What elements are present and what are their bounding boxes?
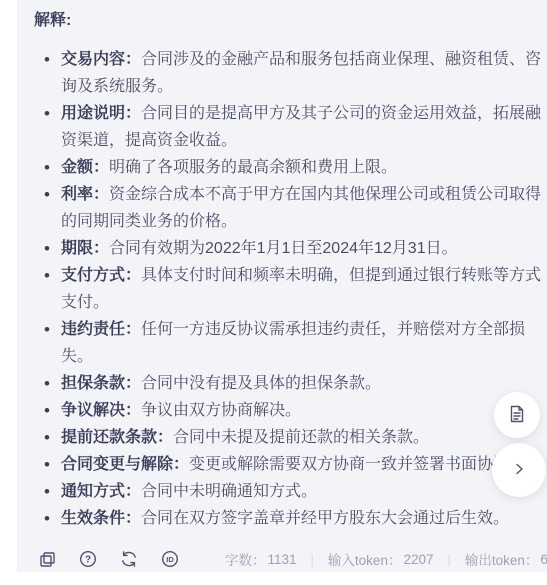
item-label: 期限： bbox=[61, 240, 109, 257]
id-button[interactable]: ID bbox=[160, 549, 180, 569]
id-icon: ID bbox=[160, 549, 180, 569]
item-label: 通知方式： bbox=[61, 483, 141, 500]
list-item: 交易内容：合同涉及的金融产品和服务包括商业保理、融资租赁、咨询及系统服务。 bbox=[61, 46, 542, 100]
item-label: 生效条件： bbox=[61, 510, 141, 527]
item-label: 合同变更与解除： bbox=[61, 456, 189, 473]
item-text: 变更或解除需要双方协商一致并签署书面协议。 bbox=[189, 456, 525, 473]
document-icon bbox=[507, 404, 527, 427]
copy-button[interactable] bbox=[37, 549, 57, 569]
help-button[interactable]: ? bbox=[78, 549, 98, 569]
item-label: 支付方式： bbox=[61, 267, 141, 284]
item-label: 利率： bbox=[61, 186, 109, 203]
item-text: 合同中没有提及具体的担保条款。 bbox=[141, 375, 381, 392]
list-item: 利率：资金综合成本不高于甲方在国内其他保理公司或租赁公司取得的同期同类业务的价格… bbox=[61, 181, 542, 235]
item-label: 争议解决： bbox=[61, 402, 141, 419]
document-button[interactable] bbox=[494, 392, 540, 438]
item-label: 交易内容： bbox=[61, 51, 141, 68]
svg-text:?: ? bbox=[85, 555, 91, 566]
explanation-list: 交易内容：合同涉及的金融产品和服务包括商业保理、融资租赁、咨询及系统服务。 用途… bbox=[34, 46, 547, 532]
item-text: 资金综合成本不高于甲方在国内其他保理公司或租赁公司取得的同期同类业务的价格。 bbox=[61, 186, 541, 230]
svg-text:ID: ID bbox=[166, 555, 174, 564]
word-count-label: 字数： bbox=[225, 549, 266, 569]
item-label: 提前还款条款： bbox=[61, 429, 173, 446]
list-item: 生效条件：合同在双方签字盖章并经甲方股东大会通过后生效。 bbox=[61, 505, 542, 532]
item-label: 违约责任： bbox=[61, 321, 141, 338]
help-icon: ? bbox=[78, 549, 98, 569]
item-label: 用途说明： bbox=[61, 105, 141, 122]
output-token-value: 616 bbox=[540, 552, 547, 567]
list-item: 用途说明：合同目的是提高甲方及其子公司的资金运用效益，拓展融资渠道，提高资金收益… bbox=[61, 100, 542, 154]
input-token-value: 2207 bbox=[403, 552, 433, 567]
stat-divider: | bbox=[311, 552, 314, 567]
output-token-label: 输出token： bbox=[465, 549, 539, 569]
list-item: 合同变更与解除：变更或解除需要双方协商一致并签署书面协议。 bbox=[61, 451, 547, 478]
list-item: 担保条款：合同中没有提及具体的担保条款。 bbox=[61, 370, 542, 397]
next-button[interactable] bbox=[492, 443, 546, 497]
regenerate-button[interactable] bbox=[119, 549, 139, 569]
list-item: 提前还款条款：合同中未提及提前还款的相关条款。 bbox=[61, 424, 542, 451]
word-count-value: 1131 bbox=[268, 552, 297, 567]
item-text: 明确了各项服务的最高余额和费用上限。 bbox=[109, 159, 397, 176]
list-item: 支付方式：具体支付时间和频率未明确，但提到通过银行转账等方式支付。 bbox=[61, 262, 542, 316]
list-item: 金额：明确了各项服务的最高余额和费用上限。 bbox=[61, 154, 542, 181]
item-text: 合同有效期为2022年1月1日至2024年12月31日。 bbox=[109, 240, 458, 257]
message-toolbar: ? ID 字数：1131 | 输入token：2207 | 输出token：61… bbox=[37, 547, 547, 571]
list-item: 争议解决：争议由双方协商解决。 bbox=[61, 397, 542, 424]
copy-icon bbox=[38, 550, 57, 569]
item-text: 合同在双方签字盖章并经甲方股东大会通过后生效。 bbox=[141, 510, 509, 527]
response-panel: 解释: 交易内容：合同涉及的金融产品和服务包括商业保理、融资租赁、咨询及系统服务… bbox=[17, 0, 547, 572]
list-item: 违约责任：任何一方违反协议需承担违约责任，并赔偿对方全部损失。 bbox=[61, 316, 542, 370]
item-label: 金额： bbox=[61, 159, 109, 176]
token-stats: 字数：1131 | 输入token：2207 | 输出token：616 bbox=[225, 549, 547, 569]
list-item: 期限：合同有效期为2022年1月1日至2024年12月31日。 bbox=[61, 235, 542, 262]
chevron-right-icon bbox=[509, 459, 529, 482]
list-item: 通知方式：合同中未明确通知方式。 bbox=[61, 478, 542, 505]
item-label: 担保条款： bbox=[61, 375, 141, 392]
item-text: 争议由双方协商解决。 bbox=[141, 402, 301, 419]
refresh-icon bbox=[119, 549, 139, 569]
stat-divider: | bbox=[448, 552, 451, 567]
item-text: 合同中未提及提前还款的相关条款。 bbox=[173, 429, 429, 446]
explanation-heading: 解释: bbox=[34, 7, 547, 35]
item-text: 合同中未明确通知方式。 bbox=[141, 483, 317, 500]
input-token-label: 输入token： bbox=[328, 549, 402, 569]
